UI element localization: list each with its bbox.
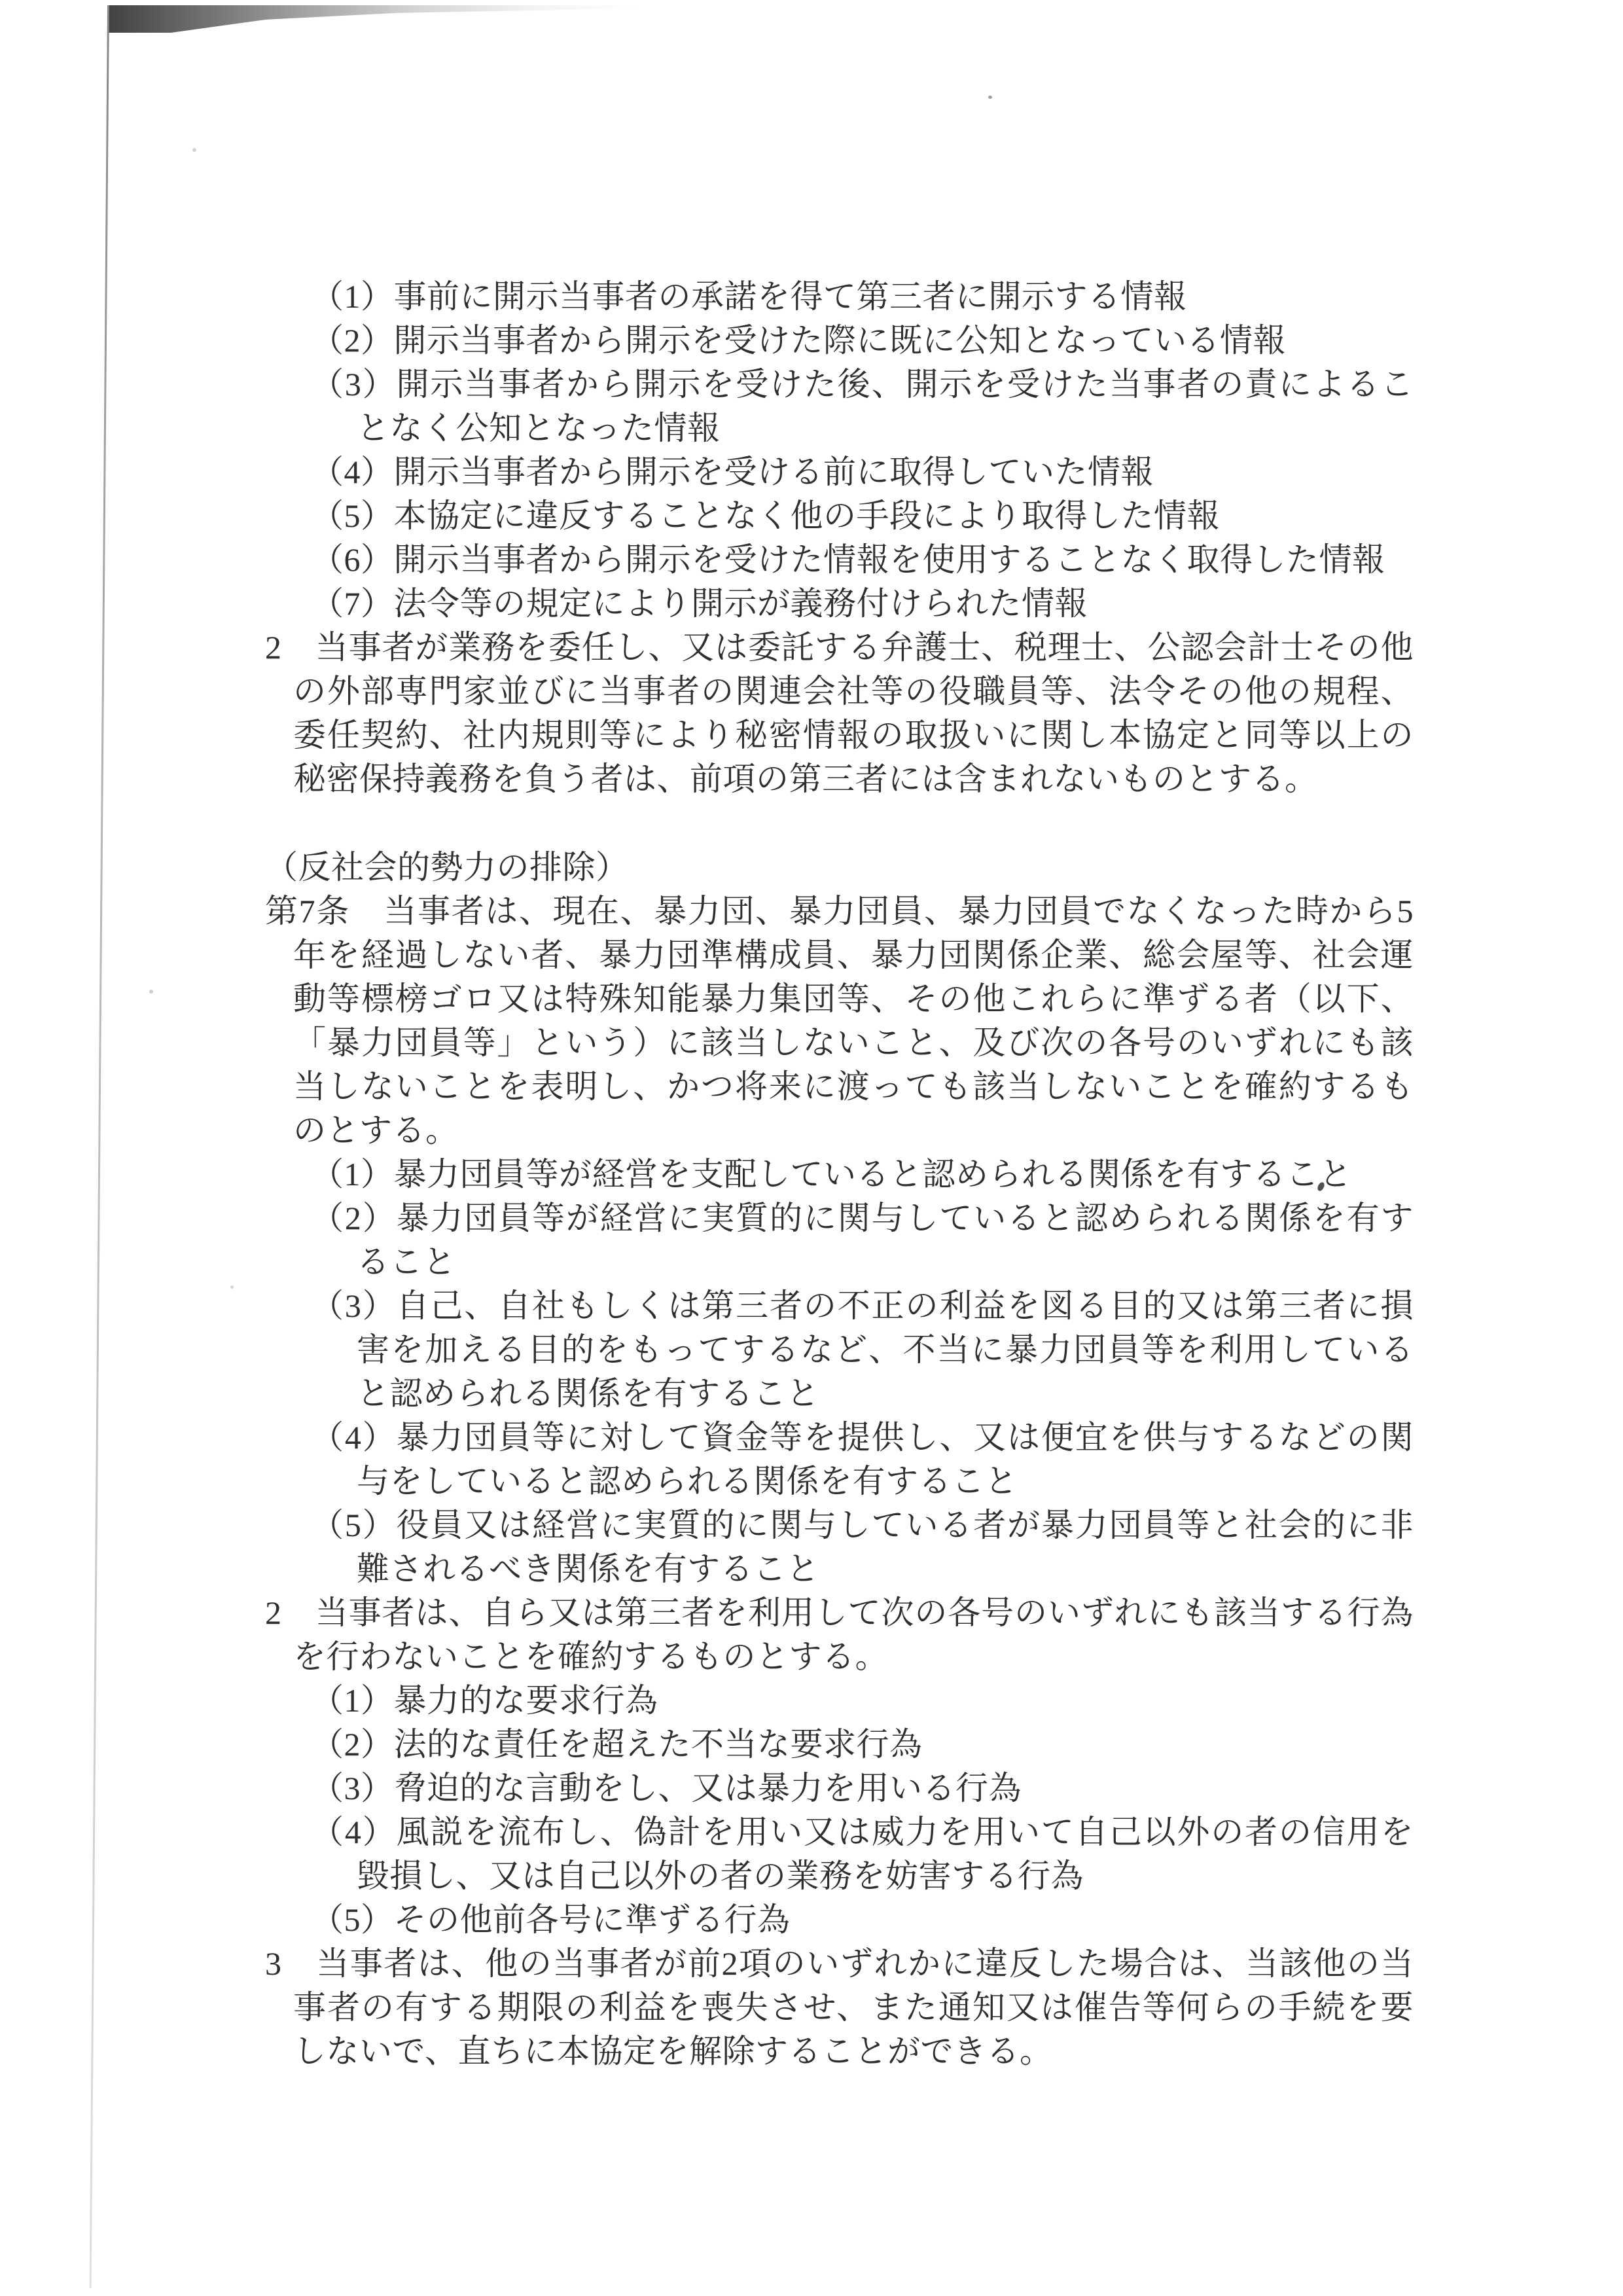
article7-item-4: （4）暴力団員等に対して資金等を提供し、又は便宜を供与するなどの関与をしていると… bbox=[265, 1416, 1414, 1503]
article7-item-3: （3）自己、自社もしくは第三者の不正の利益を図る目的又は第三者に損害を加える目的… bbox=[265, 1284, 1414, 1416]
article7-para2-item-2: （2）法的な責任を超えた不当な要求行為 bbox=[265, 1723, 1414, 1767]
sec1-item-4: （4）開示当事者から開示を受ける前に取得していた情報 bbox=[265, 450, 1414, 494]
article7-text: 第7条 当事者は、現在、暴力団、暴力団員、暴力団員でなくなった時から5年を経過し… bbox=[265, 889, 1414, 1153]
article7-item-2: （2）暴力団員等が経営に実質的に関与していると認められる関係を有すること bbox=[265, 1196, 1414, 1284]
sec1-paragraph-2: 2 当事者が業務を委任し、又は委託する弁護士、税理士、公認会計士その他の外部専門… bbox=[265, 626, 1414, 801]
scan-speck bbox=[230, 1285, 234, 1289]
article7-item-1: （1）暴力団員等が経営を支配していると認められる関係を有すること bbox=[265, 1153, 1414, 1196]
sec1-item-1: （1）事前に開示当事者の承諾を得て第三者に開示する情報 bbox=[265, 275, 1414, 319]
contract-body: （1）事前に開示当事者の承諾を得て第三者に開示する情報 （2）開示当事者から開示… bbox=[265, 275, 1414, 2073]
article7-para2-item-3: （3）脅迫的な言動をし、又は暴力を用いる行為 bbox=[265, 1767, 1414, 1810]
sec1-item-3: （3）開示当事者から開示を受けた後、開示を受けた当事者の責によることなく公知とな… bbox=[265, 363, 1414, 450]
scan-speck bbox=[988, 96, 992, 99]
sec1-item-5: （5）本協定に違反することなく他の手段により取得した情報 bbox=[265, 494, 1414, 538]
article7-paragraph-2: 2 当事者は、自ら又は第三者を利用して次の各号のいずれにも該当する行為を行わない… bbox=[265, 1591, 1414, 1679]
scan-shadow-wedge bbox=[107, 5, 637, 33]
sec1-item-2: （2）開示当事者から開示を受けた際に既に公知となっている情報 bbox=[265, 319, 1414, 363]
article7-item-5: （5）役員又は経営に実質的に関与している者が暴力団員等と社会的に非難されるべき関… bbox=[265, 1503, 1414, 1591]
article7-para2-item-5: （5）その他前各号に準ずる行為 bbox=[265, 1898, 1414, 1942]
scan-speck bbox=[149, 990, 153, 994]
scan-speck bbox=[192, 148, 196, 152]
article7-heading: （反社会的勢力の排除） bbox=[265, 846, 1414, 889]
scan-paper-edge-line bbox=[90, 5, 109, 2288]
article7-para2-item-1: （1）暴力的な要求行為 bbox=[265, 1679, 1414, 1723]
sec1-item-7: （7）法令等の規定により開示が義務付けられた情報 bbox=[265, 582, 1414, 626]
article7-para2-item-4: （4）風説を流布し、偽計を用い又は威力を用いて自己以外の者の信用を毀損し、又は自… bbox=[265, 1810, 1414, 1898]
scanned-contract-page: （1）事前に開示当事者の承諾を得て第三者に開示する情報 （2）開示当事者から開示… bbox=[0, 0, 1623, 2296]
article7-paragraph-3: 3 当事者は、他の当事者が前2項のいずれかに違反した場合は、当該他の当事者の有す… bbox=[265, 1942, 1414, 2073]
sec1-item-6: （6）開示当事者から開示を受けた情報を使用することなく取得した情報 bbox=[265, 538, 1414, 582]
